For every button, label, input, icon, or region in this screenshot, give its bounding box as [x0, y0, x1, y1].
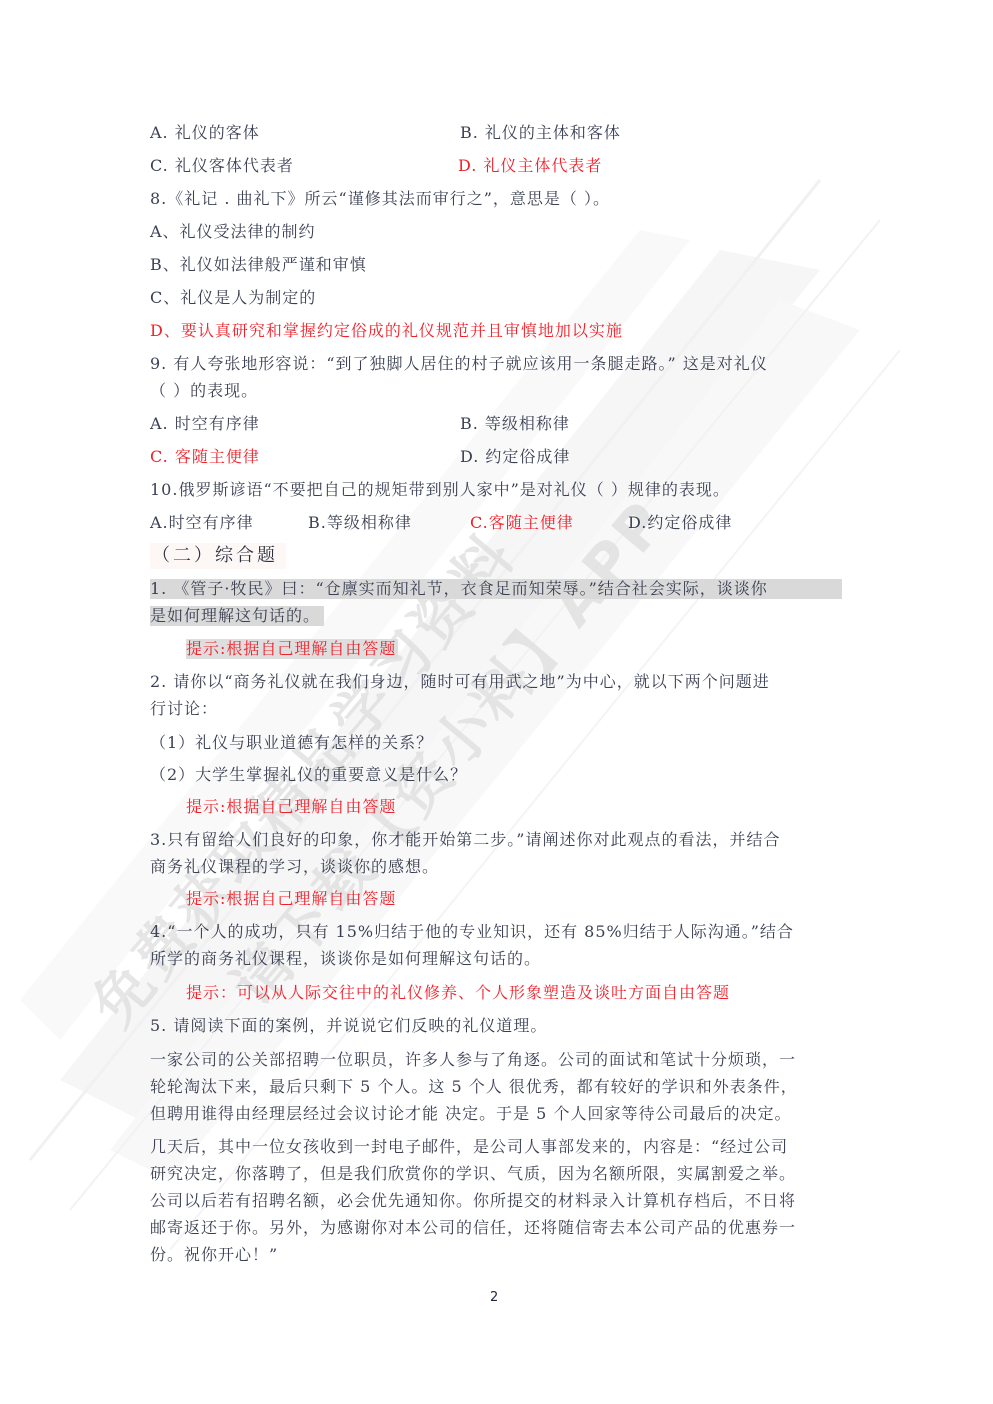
q9-stem-line1: 9. 有人夸张地形容说：“到了独脚人居住的村子就应该用一条腿走路。” 这是对礼仪 — [150, 354, 768, 374]
comp3-line2: 商务礼仪课程的学习，谈谈你的感想。 — [150, 857, 439, 877]
comp5-stem: 5. 请阅读下面的案例，并说说它们反映的礼仪道理。 — [150, 1016, 547, 1036]
case-para1-line3: 但聘用谁得由经理层经过会议讨论才能 决定。于是 5 个人回家等待公司最后的决定。 — [150, 1104, 791, 1124]
q7-option-b: B. 礼仪的主体和客体 — [460, 123, 621, 143]
comp3-hint: 提示:根据自己理解自由答题 — [186, 889, 396, 909]
q8-option-d-answer: D、要认真研究和掌握约定俗成的礼仪规范并且审慎地加以实施 — [150, 321, 623, 341]
case-para2-line2: 研究决定，你落聘了，但是我们欣赏你的学识、气质，因为名额所限，实属割爱之举。 — [150, 1164, 796, 1184]
comp1-hint: 提示:根据自己理解自由答题 — [186, 639, 398, 659]
page-number: 2 — [490, 1290, 498, 1305]
comp2-sub1: （1）礼仪与职业道德有怎样的关系？ — [150, 733, 433, 753]
q10-stem: 10.俄罗斯谚语“不要把自己的规矩带到别人家中”是对礼仪（ ）规律的表现。 — [150, 480, 730, 500]
comp1-line1: 1. 《管子·牧民》曰：“仓廪实而知礼节，衣食足而知荣辱。”结合社会实际，谈谈你 — [150, 579, 842, 599]
q10-option-c-answer: C.客随主便律 — [470, 513, 574, 533]
document-page: A. 礼仪的客体 B. 礼仪的主体和客体 C. 礼仪客体代表者 D. 礼仪主体代… — [0, 0, 993, 1404]
section-heading: （二）综合题 — [150, 543, 286, 569]
case-para2-line5: 份。祝你开心！” — [150, 1245, 278, 1265]
comp2-line1: 2. 请你以“商务礼仪就在我们身边，随时可有用武之地”为中心，就以下两个问题进 — [150, 672, 770, 692]
q8-option-b: B、礼仪如法律般严谨和审慎 — [150, 255, 367, 275]
q7-option-c: C. 礼仪客体代表者 — [150, 156, 294, 176]
q8-stem: 8.《礼记 . 曲礼下》所云“谨修其法而审行之”，意思是（ ）。 — [150, 189, 610, 209]
q9-stem-line2: （ ）的表现。 — [150, 381, 258, 401]
q8-option-c: C、礼仪是人为制定的 — [150, 288, 316, 308]
case-para2-line4: 邮寄返还于你。另外，为感谢你对本公司的信任，还将随信寄去本公司产品的优惠券一 — [150, 1218, 796, 1238]
q10-option-a: A.时空有序律 — [150, 513, 254, 533]
comp2-line2: 行讨论： — [150, 699, 218, 719]
case-para2-line3: 公司以后若有招聘名额，必会优先通知你。你所提交的材料录入计算机存档后，不日将 — [150, 1191, 796, 1211]
case-para1-line1: 一家公司的公关部招聘一位职员，许多人参与了角逐。公司的面试和笔试十分烦琐，一 — [150, 1050, 796, 1070]
comp4-hint: 提示：可以从人际交往中的礼仪修养、个人形象塑造及谈吐方面自由答题 — [186, 983, 730, 1003]
q7-option-a: A. 礼仪的客体 — [150, 123, 260, 143]
comp4-line1: 4.“一个人的成功，只有 15%归结于他的专业知识，还有 85%归结于人际沟通。… — [150, 922, 794, 942]
q9-option-d: D. 约定俗成律 — [460, 447, 570, 467]
q10-option-b: B.等级相称律 — [308, 513, 412, 533]
comp1-line2: 是如何理解这句话的。 — [150, 606, 324, 626]
case-para1-line2: 轮轮淘汰下来，最后只剩下 5 个人。这 5 个人 很优秀，都有较好的学识和外表条… — [150, 1077, 798, 1097]
q7-option-d-answer: D. 礼仪主体代表者 — [458, 156, 602, 176]
comp4-line2: 所学的商务礼仪课程，谈谈你是如何理解这句话的。 — [150, 949, 541, 969]
q8-option-a: A、礼仪受法律的制约 — [150, 222, 316, 242]
comp2-sub2: （2）大学生掌握礼仪的重要意义是什么？ — [150, 765, 467, 785]
q9-option-c-answer: C. 客随主便律 — [150, 447, 260, 467]
q9-option-a: A. 时空有序律 — [150, 414, 260, 434]
comp2-hint: 提示:根据自己理解自由答题 — [186, 797, 396, 817]
q9-option-b: B. 等级相称律 — [460, 414, 570, 434]
q10-option-d: D.约定俗成律 — [628, 513, 732, 533]
case-para2-line1: 几天后，其中一位女孩收到一封电子邮件，是公司人事部发来的，内容是：“经过公司 — [150, 1137, 788, 1157]
comp3-line1: 3.只有留给人们良好的印象，你才能开始第二步。”请阐述你对此观点的看法，并结合 — [150, 830, 780, 850]
